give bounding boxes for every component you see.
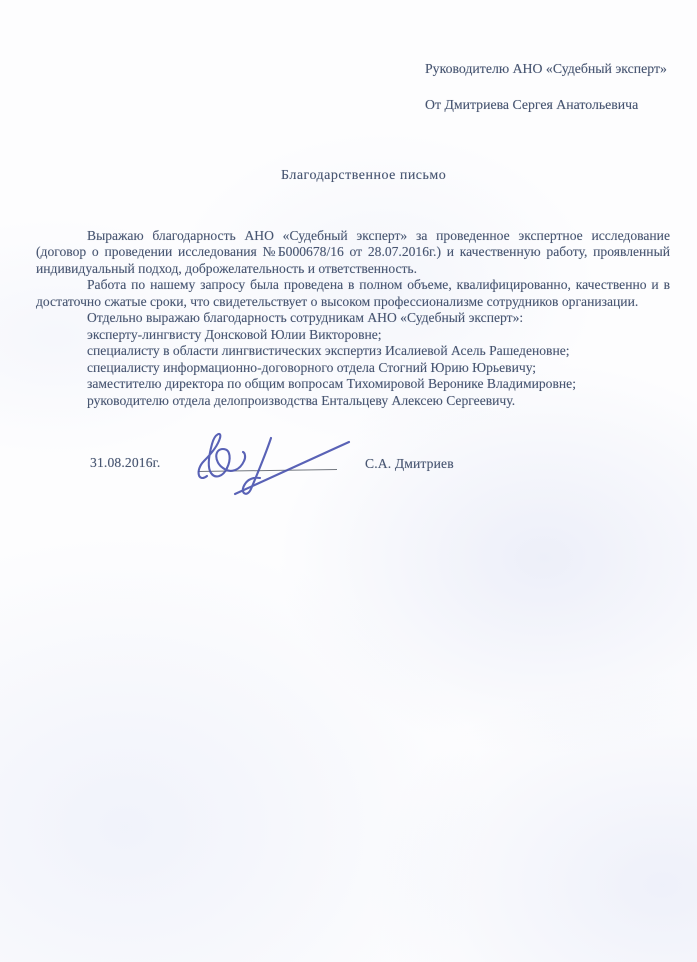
body-line: заместителю директора по общим вопросам …	[36, 376, 670, 392]
body-line: Отдельно выражаю благодарность сотрудник…	[36, 310, 670, 326]
body-line: руководителю отдела делопроизводства Ент…	[36, 393, 670, 409]
letter-body: Выражаю благодарность АНО «Судебный эксп…	[36, 228, 670, 409]
recipient-line: Руководителю АНО «Судебный эксперт»	[425, 62, 667, 76]
scanned-letter-page: Руководителю АНО «Судебный эксперт» От Д…	[0, 0, 697, 962]
sender-line: От Дмитриева Сергея Анатольевича	[425, 98, 667, 112]
signature-icon	[183, 418, 355, 512]
body-line: достаточно сжатые сроки, что свидетельст…	[36, 294, 670, 310]
body-line: Работа по нашему запросу была проведена …	[36, 277, 670, 293]
body-line: специалисту в области лингвистических эк…	[36, 343, 670, 359]
letter-date: 31.08.2016г.	[90, 455, 160, 471]
body-line: индивидуальный подход, доброжелательност…	[36, 261, 670, 277]
signer-name: С.А. Дмитриев	[365, 456, 454, 472]
body-line: специалисту информационно-договорного от…	[36, 360, 670, 376]
body-line: Выражаю благодарность АНО «Судебный эксп…	[36, 228, 670, 244]
letter-header: Руководителю АНО «Судебный эксперт» От Д…	[425, 62, 667, 134]
body-line: эксперту-лингвисту Донсковой Юлии Виктор…	[36, 327, 670, 343]
body-line: (договор о проведении исследования №Б000…	[36, 244, 670, 260]
letter-title: Благодарственное письмо	[281, 168, 446, 184]
